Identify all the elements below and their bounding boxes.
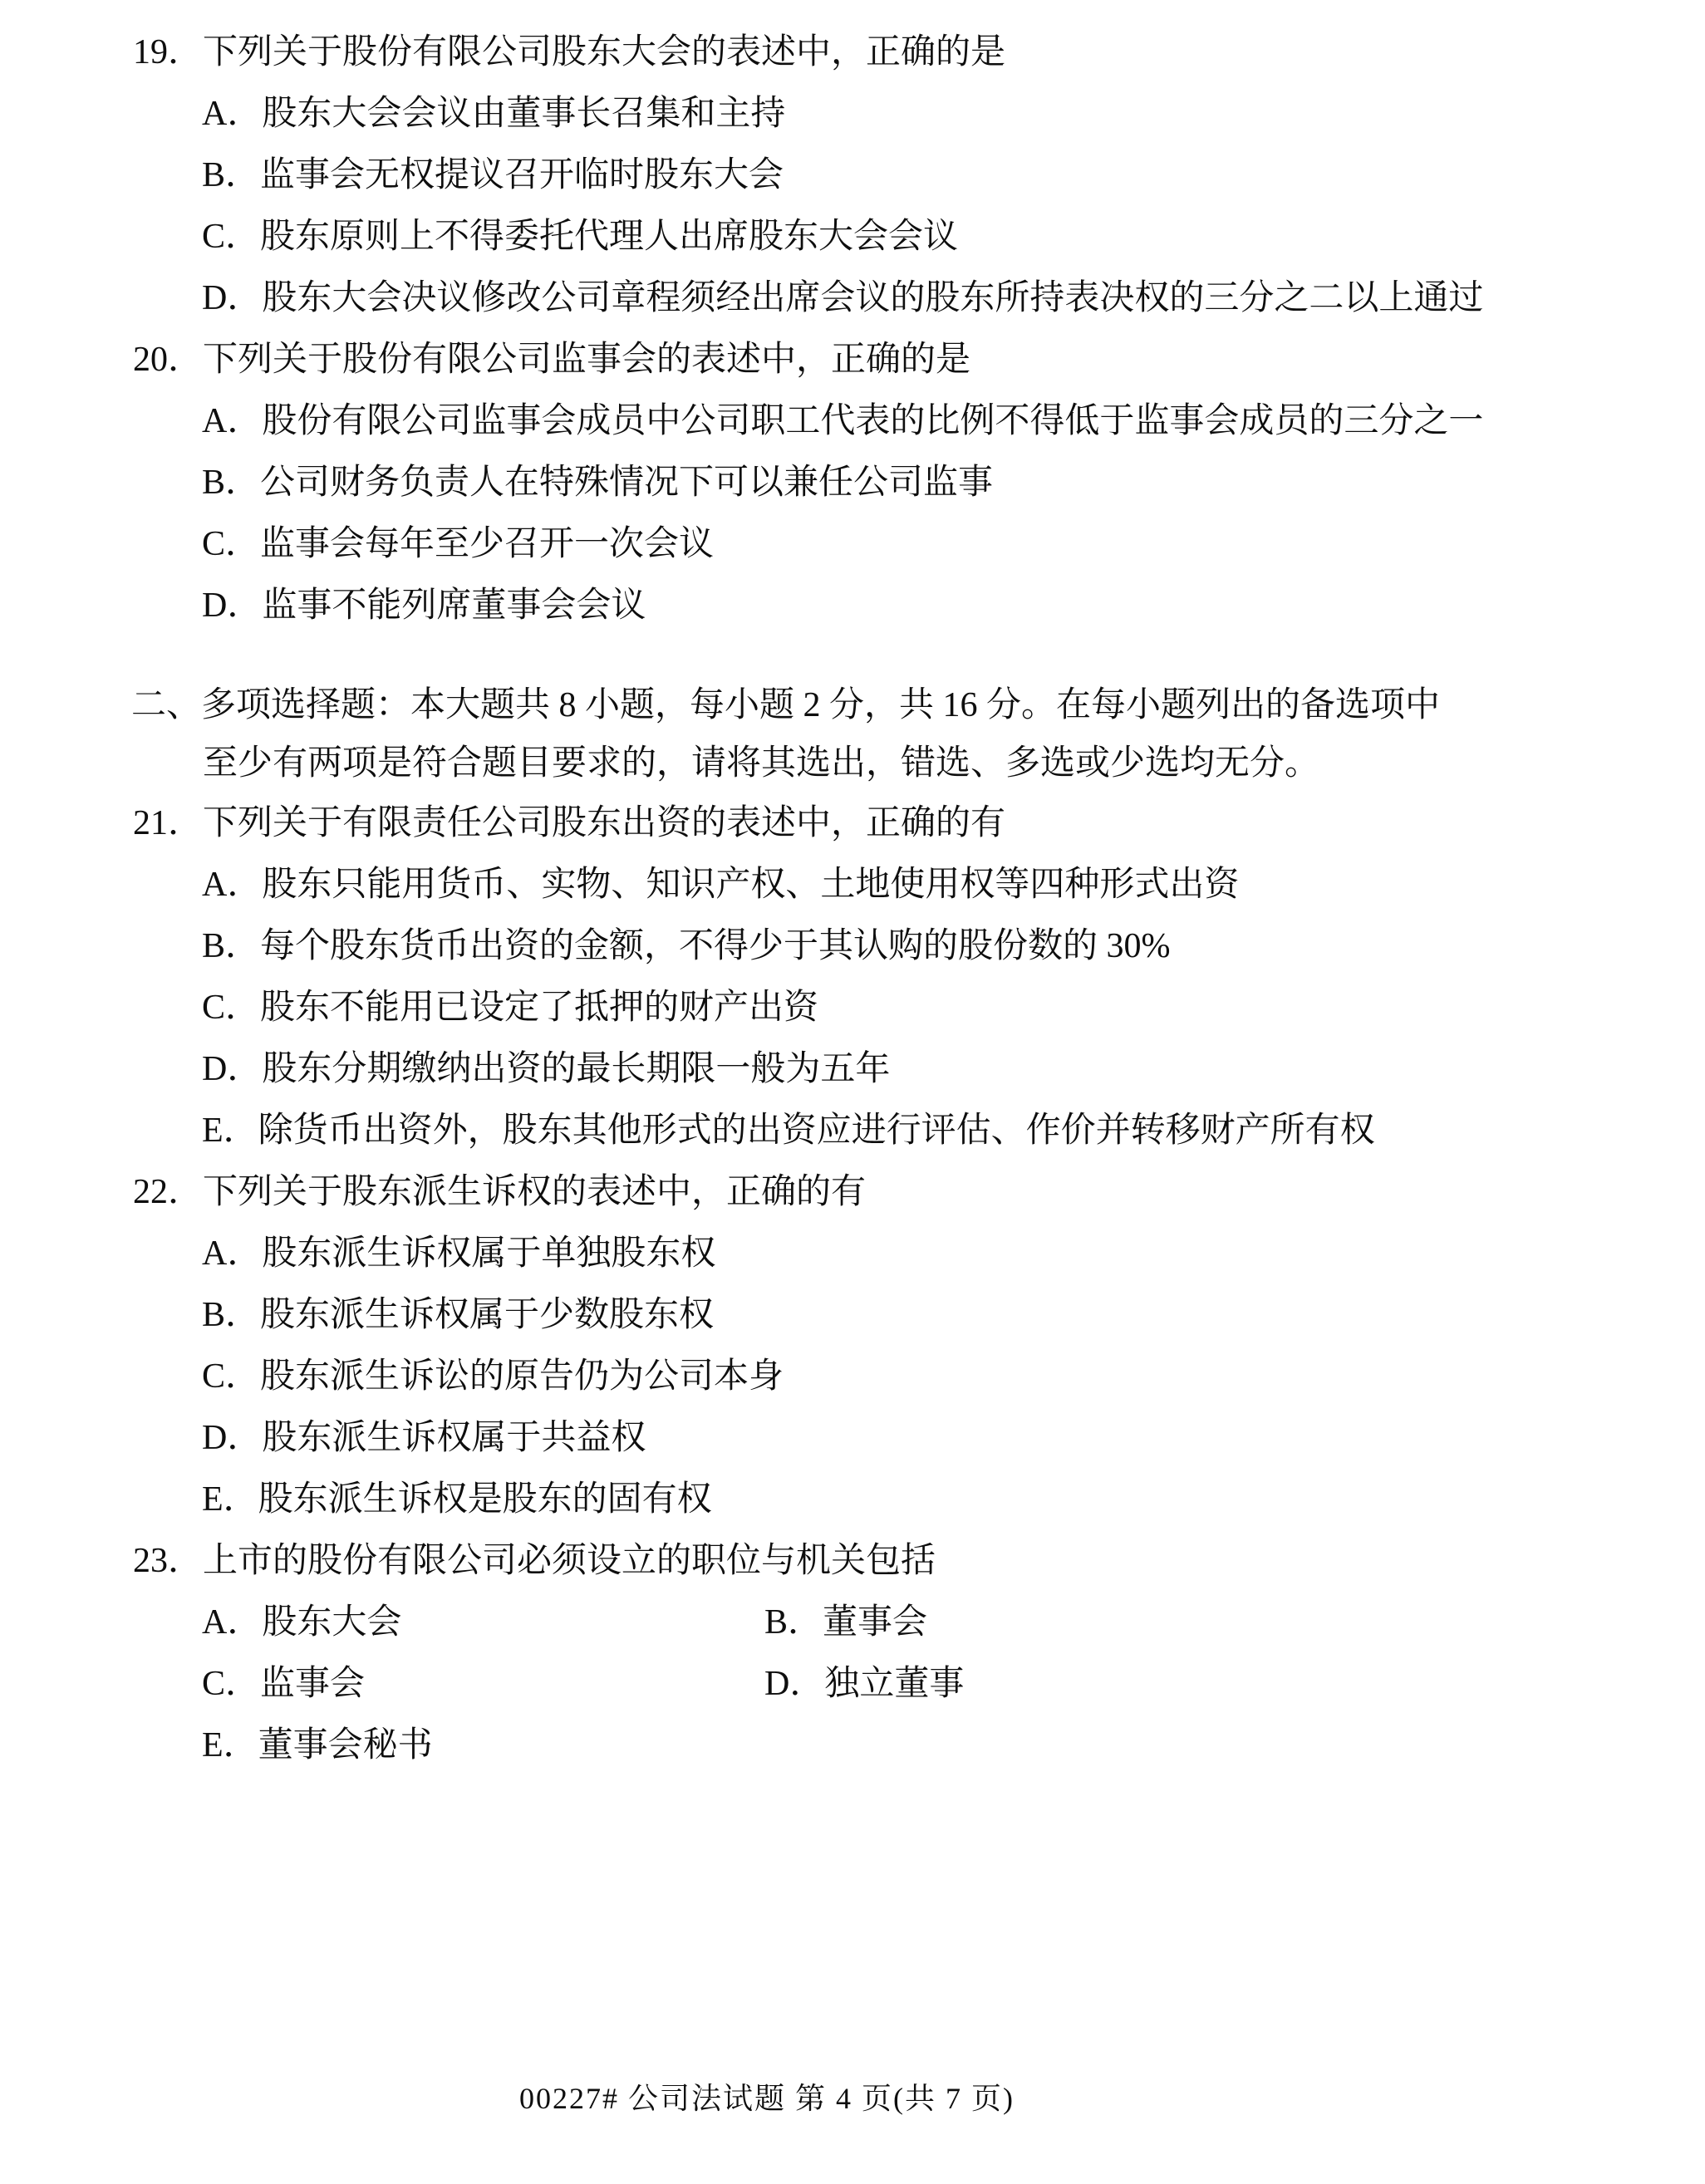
option-label: C． (202, 1665, 260, 1703)
option-text: 股东只能用货币、实物、知识产权、土地使用权等四种形式出资 (262, 866, 1239, 904)
option-text: 股东大会会议由董事长召集和主持 (262, 95, 785, 133)
question-number: 19． (133, 33, 203, 71)
option-text: 股东派生诉权是股东的固有权 (258, 1480, 712, 1519)
option-label: A． (202, 402, 262, 440)
option: A．股东派生诉权属于单独股东权 (202, 1234, 715, 1273)
option: A．股东大会 (202, 1592, 764, 1653)
question-number: 20． (133, 341, 203, 379)
option-label: A． (202, 866, 262, 904)
option: E．股东派生诉权是股东的固有权 (202, 1480, 712, 1519)
option-row: D．股东派生诉权属于共益权 (0, 1407, 1705, 1469)
option-row: E．除货币出资外，股东其他形式的出资应进行评估、作价并转移财产所有权 (0, 1100, 1705, 1161)
section-header: 二、多项选择题：本大题共 8 小题，每小题 2 分，共 16 分。在每小题列出的… (0, 676, 1705, 793)
option: B．监事会无权提议召开临时股东大会 (202, 156, 784, 194)
option-text: 除货币出资外，股东其他形式的出资应进行评估、作价并转移财产所有权 (258, 1112, 1375, 1150)
option-row: C．监事会每年至少召开一次会议 (0, 513, 1705, 575)
option-label: E． (202, 1480, 258, 1519)
option-row: D．监事不能列席董事会会议 (0, 575, 1705, 636)
option-row: C．股东不能用已设定了抵押的财产出资 (0, 977, 1705, 1038)
exam-paper-page: 19．下列关于股份有限公司股东大会的表述中，正确的是A．股东大会会议由董事长召集… (0, 0, 1705, 2184)
option-text: 股东派生诉权属于共益权 (262, 1419, 646, 1457)
option: D．股东分期缴纳出资的最长期限一般为五年 (202, 1050, 890, 1088)
question-block: 23．上市的股份有限公司必须设立的职位与机关包括A．股东大会B．董事会C．监事会… (0, 1530, 1705, 1776)
option-label: D． (202, 586, 262, 625)
option-text: 监事会 (260, 1665, 365, 1703)
option: C．股东派生诉讼的原告仍为公司本身 (202, 1357, 784, 1396)
option-label: D． (202, 1419, 262, 1457)
option-text: 股东派生诉权属于单独股东权 (262, 1234, 715, 1273)
option: C．股东不能用已设定了抵押的财产出资 (202, 989, 818, 1027)
option-text: 独立董事 (824, 1665, 964, 1703)
option: C．监事会 (202, 1653, 764, 1715)
option: B．股东派生诉权属于少数股东权 (202, 1296, 714, 1334)
option-text: 每个股东货币出资的金额，不得少于其认购的股份数的 30% (260, 927, 1171, 965)
option-label: C． (202, 989, 260, 1027)
option-row: C．股东原则上不得委托代理人出席股东大会会议 (0, 206, 1705, 267)
question-stem: 下列关于股份有限公司股东大会的表述中，正确的是 (203, 33, 1005, 71)
option: D．股东大会决议修改公司章程须经出席会议的股东所持表决权的三分之二以上通过 (202, 279, 1483, 317)
question-stem: 下列关于有限责任公司股东出资的表述中，正确的有 (203, 804, 1005, 842)
option-text: 监事会每年至少召开一次会议 (260, 525, 714, 563)
option-label: B． (202, 927, 260, 965)
page-footer: 00227# 公司法试题 第 4 页(共 7 页) (519, 2078, 1015, 2118)
section-header-line: 至少有两项是符合题目要求的，请将其选出，错选、多选或少选均无分。 (0, 734, 1705, 793)
option-label: A． (202, 1603, 262, 1642)
option-row: A．股东大会会议由董事长召集和主持 (0, 83, 1705, 145)
question-stem-line: 21．下列关于有限责任公司股东出资的表述中，正确的有 (0, 793, 1705, 854)
option-row: A．股份有限公司监事会成员中公司职工代表的比例不得低于监事会成员的三分之一 (0, 390, 1705, 452)
option-text: 股东原则上不得委托代理人出席股东大会会议 (260, 218, 958, 256)
question-block: 19．下列关于股份有限公司股东大会的表述中，正确的是A．股东大会会议由董事长召集… (0, 22, 1705, 329)
option: B．每个股东货币出资的金额，不得少于其认购的股份数的 30% (202, 927, 1171, 965)
question-stem-line: 19．下列关于股份有限公司股东大会的表述中，正确的是 (0, 22, 1705, 83)
option-label: C． (202, 218, 260, 256)
question-number: 23． (133, 1542, 203, 1580)
option: C．股东原则上不得委托代理人出席股东大会会议 (202, 218, 958, 256)
option-row: C．股东派生诉讼的原告仍为公司本身 (0, 1346, 1705, 1407)
question-number: 22． (133, 1173, 203, 1211)
option-label: C． (202, 525, 260, 563)
question-stem-line: 23．上市的股份有限公司必须设立的职位与机关包括 (0, 1530, 1705, 1592)
option-text: 股份有限公司监事会成员中公司职工代表的比例不得低于监事会成员的三分之一 (262, 402, 1483, 440)
option-label: B． (202, 464, 260, 502)
question-block: 21．下列关于有限责任公司股东出资的表述中，正确的有A．股东只能用货币、实物、知… (0, 793, 1705, 1161)
option-text: 股东不能用已设定了抵押的财产出资 (260, 989, 818, 1027)
option-label: A． (202, 1234, 262, 1273)
option-row: B．公司财务负责人在特殊情况下可以兼任公司监事 (0, 452, 1705, 513)
option-label: C． (202, 1357, 260, 1396)
option: A．股东大会会议由董事长召集和主持 (202, 95, 785, 133)
option-row: E．董事会秘书 (0, 1715, 1705, 1776)
option: A．股东只能用货币、实物、知识产权、土地使用权等四种形式出资 (202, 866, 1239, 904)
option-row: E．股东派生诉权是股东的固有权 (0, 1469, 1705, 1530)
option-row: C．监事会D．独立董事 (0, 1653, 1705, 1715)
option-text: 公司财务负责人在特殊情况下可以兼任公司监事 (260, 464, 993, 502)
option-text: 监事会无权提议召开临时股东大会 (260, 156, 784, 194)
option-row: B．监事会无权提议召开临时股东大会 (0, 145, 1705, 206)
option-text: 股东分期缴纳出资的最长期限一般为五年 (262, 1050, 890, 1088)
option-text: 股东大会 (262, 1603, 401, 1642)
option-text: 董事会 (823, 1603, 927, 1642)
question-stem: 下列关于股份有限公司监事会的表述中，正确的是 (203, 341, 970, 379)
option: B．董事会 (764, 1603, 927, 1642)
option: D．独立董事 (764, 1665, 964, 1703)
option-label: D． (764, 1665, 824, 1703)
question-stem: 上市的股份有限公司必须设立的职位与机关包括 (203, 1542, 936, 1580)
option-row: D．股东分期缴纳出资的最长期限一般为五年 (0, 1038, 1705, 1100)
option-text: 股东派生诉权属于少数股东权 (260, 1296, 714, 1334)
option-row: B．股东派生诉权属于少数股东权 (0, 1284, 1705, 1346)
option-text: 股东派生诉讼的原告仍为公司本身 (260, 1357, 784, 1396)
question-block: 22．下列关于股东派生诉权的表述中，正确的有A．股东派生诉权属于单独股东权B．股… (0, 1161, 1705, 1530)
option-row: B．每个股东货币出资的金额，不得少于其认购的股份数的 30% (0, 915, 1705, 977)
option: C．监事会每年至少召开一次会议 (202, 525, 714, 563)
option-label: D． (202, 279, 262, 317)
question-stem-line: 20．下列关于股份有限公司监事会的表述中，正确的是 (0, 329, 1705, 390)
option-row: A．股东只能用货币、实物、知识产权、土地使用权等四种形式出资 (0, 854, 1705, 915)
option-row: A．股东大会B．董事会 (0, 1592, 1705, 1653)
option-label: B． (764, 1603, 823, 1642)
option: E．除货币出资外，股东其他形式的出资应进行评估、作价并转移财产所有权 (202, 1112, 1375, 1150)
option-label: E． (202, 1112, 258, 1150)
option: D．股东派生诉权属于共益权 (202, 1419, 646, 1457)
exam-body: 19．下列关于股份有限公司股东大会的表述中，正确的是A．股东大会会议由董事长召集… (0, 0, 1705, 1776)
question-stem-line: 22．下列关于股东派生诉权的表述中，正确的有 (0, 1161, 1705, 1223)
option-text: 董事会秘书 (258, 1726, 433, 1764)
option-row: A．股东派生诉权属于单独股东权 (0, 1223, 1705, 1284)
option: B．公司财务负责人在特殊情况下可以兼任公司监事 (202, 464, 993, 502)
option-text: 监事不能列席董事会会议 (262, 586, 646, 625)
option-label: D． (202, 1050, 262, 1088)
section-header-line: 二、多项选择题：本大题共 8 小题，每小题 2 分，共 16 分。在每小题列出的… (0, 676, 1705, 734)
option-label: B． (202, 156, 260, 194)
option-label: E． (202, 1726, 258, 1764)
question-block: 20．下列关于股份有限公司监事会的表述中，正确的是A．股份有限公司监事会成员中公… (0, 329, 1705, 636)
option-row: D．股东大会决议修改公司章程须经出席会议的股东所持表决权的三分之二以上通过 (0, 267, 1705, 329)
option-text: 股东大会决议修改公司章程须经出席会议的股东所持表决权的三分之二以上通过 (262, 279, 1483, 317)
option: D．监事不能列席董事会会议 (202, 586, 646, 625)
question-stem: 下列关于股东派生诉权的表述中，正确的有 (203, 1173, 866, 1211)
option: E．董事会秘书 (202, 1715, 764, 1776)
question-number: 21． (133, 804, 203, 842)
option-label: B． (202, 1296, 260, 1334)
option-label: A． (202, 95, 262, 133)
option: A．股份有限公司监事会成员中公司职工代表的比例不得低于监事会成员的三分之一 (202, 402, 1483, 440)
